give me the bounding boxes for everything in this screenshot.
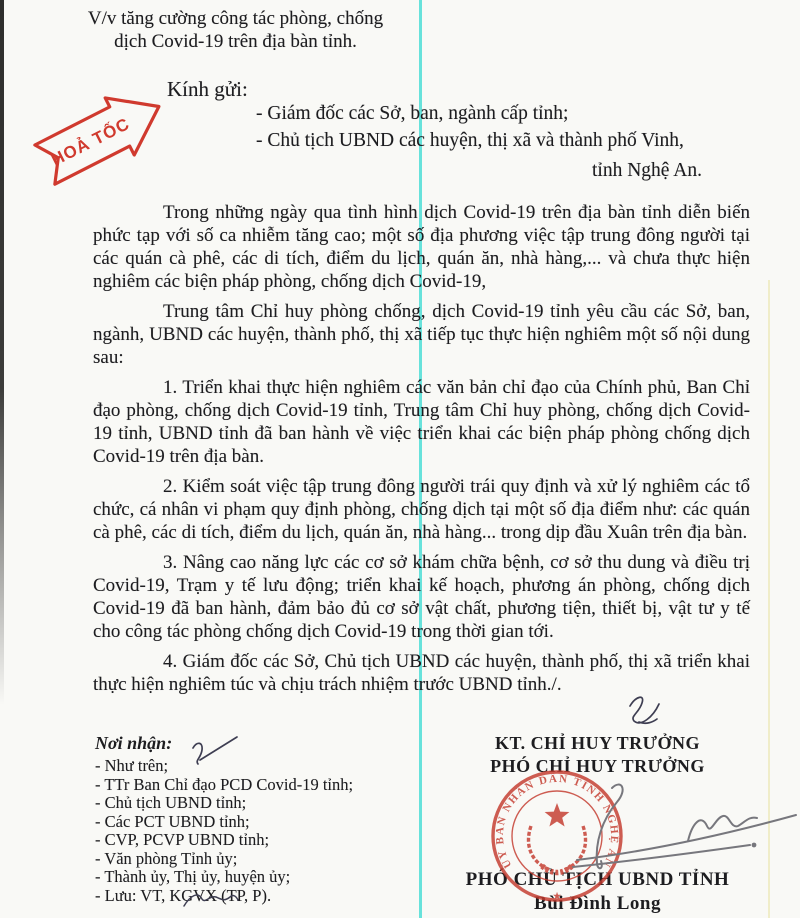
seal-bottom-star-icon: ★	[553, 891, 562, 901]
cc-item: - Các PCT UBND tỉnh;	[95, 813, 425, 832]
cc-item: - Văn phòng Tỉnh ủy;	[95, 850, 425, 869]
urgency-stamp-label: HOẢ TỐC	[48, 113, 133, 170]
signer-authority-line-1: KT. CHỈ HUY TRƯỞNG	[440, 733, 755, 754]
cc-item: - Thành ủy, Thị ủy, huyện ủy;	[95, 868, 425, 887]
subject-line-1: V/v tăng cường công tác phòng, chống	[83, 7, 388, 30]
salutation: Kính gửi:	[167, 77, 248, 102]
scanned-document-page: V/v tăng cường công tác phòng, chống dịc…	[0, 0, 800, 918]
cc-item: - Chủ tịch UBND tỉnh;	[95, 794, 425, 813]
cc-item: - CVP, PCVP UBND tỉnh;	[95, 831, 425, 850]
urgency-arrow-icon: HOẢ TỐC	[30, 86, 173, 186]
cc-item: - TTr Ban Chỉ đạo PCD Covid-19 tỉnh;	[95, 776, 425, 795]
scan-artifact-yellow-line	[768, 280, 770, 918]
cc-block: Nơi nhận: - Như trên; - TTr Ban Chỉ đạo …	[95, 733, 425, 905]
cc-item: - Lưu: VT, KGVX (TP, P).	[95, 887, 425, 906]
cc-item: - Như trên;	[95, 757, 425, 776]
subject-block: V/v tăng cường công tác phòng, chống dịc…	[83, 7, 388, 53]
seal-star-icon	[545, 803, 570, 827]
subject-line-2: dịch Covid-19 trên địa bàn tỉnh.	[83, 30, 388, 53]
urgency-stamp: HOẢ TỐC	[26, 86, 176, 186]
scan-edge-left	[0, 0, 4, 705]
official-seal: ỦY BAN NHÂN DÂN TỈNH NGHỆ AN ★	[487, 766, 627, 906]
cc-heading: Nơi nhận:	[95, 733, 425, 754]
